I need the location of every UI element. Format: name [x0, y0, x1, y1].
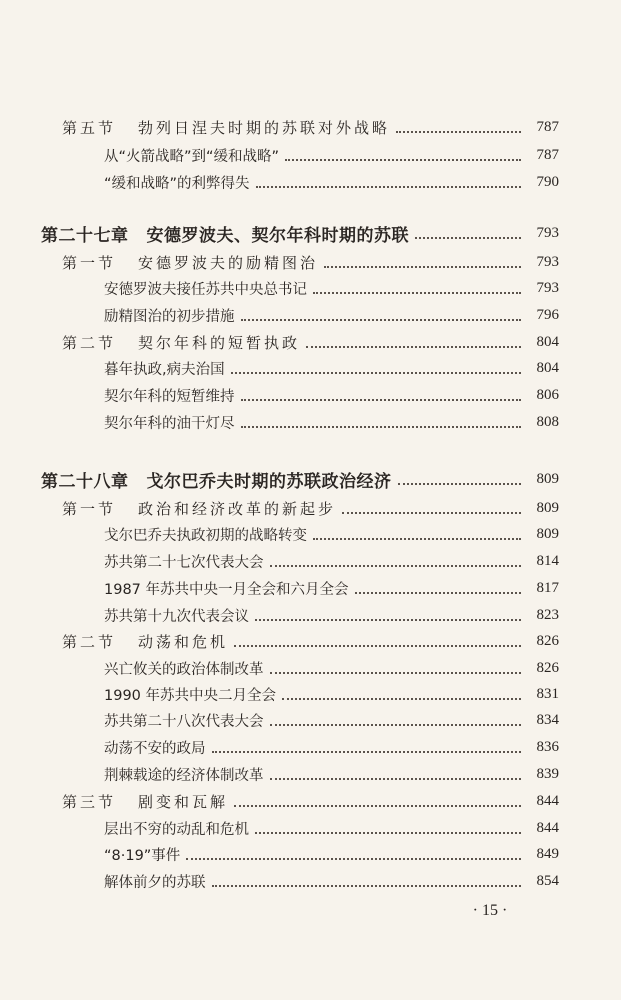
section-title: 政治和经济改革的新起步 [138, 500, 336, 518]
page-ref: 809 [527, 471, 559, 488]
section-title: 安德罗波夫的励精图治 [138, 254, 318, 272]
item-title: 动荡不安的政局 [104, 737, 206, 758]
dot-leader [212, 750, 522, 753]
section-number: 第五节 [62, 119, 116, 137]
toc-item: “8·19”事件 849 [0, 840, 559, 868]
dot-leader [282, 697, 521, 700]
dot-leader [241, 425, 522, 428]
dot-leader [234, 804, 521, 807]
dot-leader [231, 371, 521, 374]
toc-item: 苏共第二十七次代表大会 814 [0, 547, 559, 575]
page-ref: 809 [527, 526, 559, 543]
section-title: 勃列日涅夫时期的苏联对外战略 [138, 119, 390, 137]
item-title: 从“火箭战略”到“缓和战略” [104, 145, 279, 166]
dot-leader [255, 618, 521, 621]
page-ref: 793 [527, 254, 559, 271]
page-ref: 826 [527, 660, 559, 677]
dot-leader [241, 318, 522, 321]
dot-leader [285, 158, 521, 161]
toc-item: 动荡不安的政局 836 [0, 733, 559, 761]
section-number: 第三节 [62, 793, 116, 811]
section-number: 第一节 [62, 254, 116, 272]
item-title: 契尔年科的油干灯尽 [104, 412, 235, 433]
item-title: 安德罗波夫接任苏共中央总书记 [104, 278, 307, 299]
toc-item: 励精图治的初步措施 796 [0, 301, 559, 329]
page-ref: 823 [527, 607, 559, 624]
dot-leader [256, 185, 521, 188]
page-ref: 806 [527, 387, 559, 404]
dot-leader [270, 564, 522, 567]
section-title: 动荡和危机 [138, 633, 228, 651]
page-ref: 817 [527, 580, 559, 597]
item-title: 层出不穷的动乱和危机 [104, 818, 249, 839]
dot-leader [355, 591, 521, 594]
toc-section: 第三节剧变和瓦解 844 [0, 787, 559, 815]
page-ref: 834 [527, 712, 559, 729]
item-title: 暮年执政,病夫治国 [104, 358, 225, 379]
dot-leader [396, 130, 521, 133]
page-ref: 849 [527, 846, 559, 863]
page-ref: 839 [527, 766, 559, 783]
item-title: 兴亡攸关的政治体制改革 [104, 658, 264, 679]
item-title: 励精图治的初步措施 [104, 305, 235, 326]
dot-leader [398, 482, 522, 485]
item-title: 1987 年苏共中央一月全会和六月全会 [104, 578, 349, 599]
toc-item: 安德罗波夫接任苏共中央总书记 793 [0, 274, 559, 302]
toc-item: 1987 年苏共中央一月全会和六月全会 817 [0, 574, 559, 602]
page-ref: 790 [527, 174, 559, 191]
dot-leader [313, 291, 521, 294]
chapter-title: 安德罗波夫、契尔年科时期的苏联 [147, 226, 410, 246]
page-ref: 809 [527, 500, 559, 517]
dot-leader [186, 857, 521, 860]
toc-item: 暮年执政,病夫治国 804 [0, 354, 559, 382]
toc-item: 兴亡攸关的政治体制改革 826 [0, 654, 559, 682]
dot-leader [313, 537, 521, 540]
dot-leader [342, 511, 521, 514]
page-ref: 826 [527, 633, 559, 650]
toc-chapter: 第二十八章戈尔巴乔夫时期的苏联政治经济 809 [0, 465, 559, 493]
dot-leader [324, 265, 521, 268]
item-title: 1990 年苏共中央二月全会 [104, 684, 276, 705]
chapter-number: 第二十七章 [41, 226, 129, 246]
page-ref: 814 [527, 553, 559, 570]
page-ref: 836 [527, 739, 559, 756]
section-number: 第一节 [62, 500, 116, 518]
item-title: 苏共第二十七次代表大会 [104, 551, 264, 572]
page-ref: 787 [527, 119, 559, 136]
page-ref: 804 [527, 334, 559, 351]
toc-chapter: 第二十七章安德罗波夫、契尔年科时期的苏联 793 [0, 219, 559, 247]
item-title: “8·19”事件 [104, 844, 180, 865]
page-number: · 15 · [450, 902, 530, 920]
toc-item: “缓和战略”的利弊得失 790 [0, 168, 559, 196]
toc-item: 层出不穷的动乱和危机 844 [0, 814, 559, 842]
section-number: 第二节 [62, 633, 116, 651]
toc-section: 第一节政治和经济改革的新起步 809 [0, 494, 559, 522]
section-title: 剧变和瓦解 [138, 793, 228, 811]
dot-leader [270, 671, 522, 674]
page-ref: 796 [527, 307, 559, 324]
page-ref: 854 [527, 873, 559, 890]
page-ref: 831 [527, 686, 559, 703]
dot-leader [212, 884, 522, 887]
item-title: 苏共第十九次代表会议 [104, 605, 249, 626]
item-title: 契尔年科的短暂维持 [104, 385, 235, 406]
page-ref: 844 [527, 820, 559, 837]
item-title: 苏共第二十八次代表大会 [104, 710, 264, 731]
toc-item: 契尔年科的短暂维持 806 [0, 381, 559, 409]
item-title: “缓和战略”的利弊得失 [104, 172, 250, 193]
toc-item: 契尔年科的油干灯尽 808 [0, 408, 559, 436]
toc-item: 解体前夕的苏联 854 [0, 867, 559, 895]
toc-item: 1990 年苏共中央二月全会 831 [0, 680, 559, 708]
page-ref: 793 [527, 225, 559, 242]
item-title: 荆棘载途的经济体制改革 [104, 764, 264, 785]
dot-leader [415, 236, 521, 239]
chapter-title: 戈尔巴乔夫时期的苏联政治经济 [147, 472, 392, 492]
page-ref: 787 [527, 147, 559, 164]
toc-item: 戈尔巴乔夫执政初期的战略转变 809 [0, 520, 559, 548]
dot-leader [270, 777, 522, 780]
toc-page: 第五节勃列日涅夫时期的苏联对外战略 787 从“火箭战略”到“缓和战略” 787… [0, 0, 621, 1000]
page-ref: 844 [527, 793, 559, 810]
toc-section: 第一节安德罗波夫的励精图治 793 [0, 248, 559, 276]
dot-leader [306, 345, 521, 348]
dot-leader [255, 831, 521, 834]
item-title: 戈尔巴乔夫执政初期的战略转变 [104, 524, 307, 545]
toc-section: 第二节动荡和危机 826 [0, 627, 559, 655]
dot-leader [241, 398, 522, 401]
item-title: 解体前夕的苏联 [104, 871, 206, 892]
toc-item: 荆棘载途的经济体制改革 839 [0, 760, 559, 788]
section-number: 第二节 [62, 334, 116, 352]
section-title: 契尔年科的短暂执政 [138, 334, 300, 352]
toc-item: 苏共第十九次代表会议 823 [0, 601, 559, 629]
toc-item: 苏共第二十八次代表大会 834 [0, 706, 559, 734]
page-ref: 804 [527, 360, 559, 377]
toc-item: 从“火箭战略”到“缓和战略” 787 [0, 141, 559, 169]
chapter-number: 第二十八章 [41, 472, 129, 492]
dot-leader [234, 644, 521, 647]
dot-leader [270, 723, 522, 726]
toc-section: 第五节勃列日涅夫时期的苏联对外战略 787 [0, 113, 559, 141]
page-ref: 808 [527, 414, 559, 431]
page-ref: 793 [527, 280, 559, 297]
toc-section: 第二节契尔年科的短暂执政 804 [0, 328, 559, 356]
